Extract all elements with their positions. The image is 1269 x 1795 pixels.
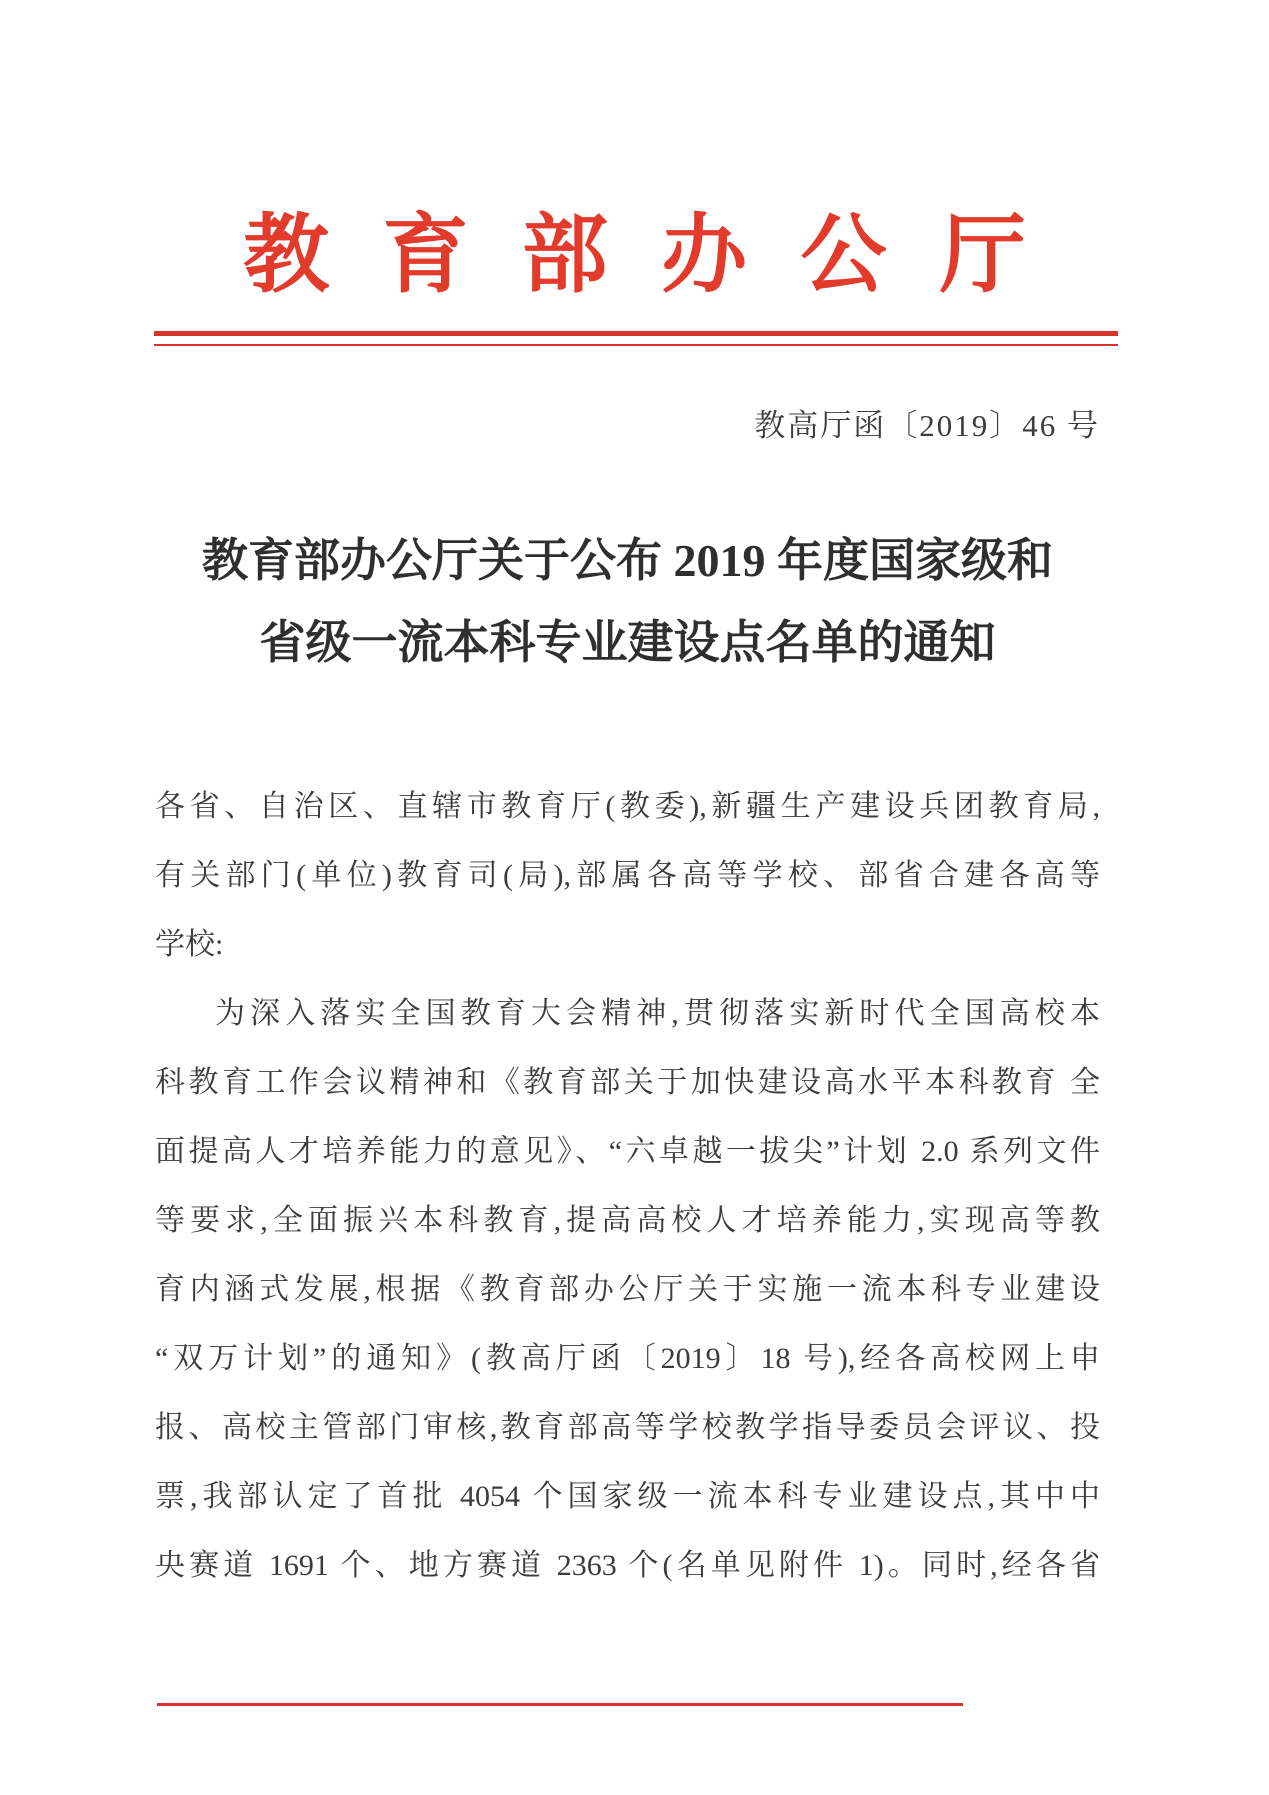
body-line-paragraph-7: 报、高校主管部门审核,教育部高等学校教学指导委员会评议、投 (155, 1393, 1100, 1462)
body-line-paragraph-4: 等要求,全面振兴本科教育,提高高校人才培养能力,实现高等教 (155, 1186, 1100, 1255)
body-line-paragraph-8: 票,我部认定了首批 4054 个国家级一流本科专业建设点,其中中 (155, 1462, 1100, 1531)
notice-title-line-2: 省级一流本科专业建设点名单的通知 (155, 602, 1100, 684)
body-line-paragraph-9: 央赛道 1691 个、地方赛道 2363 个(名单见附件 1)。同时,经各省 (155, 1531, 1100, 1600)
notice-title-line-1: 教育部办公厅关于公布 2019 年度国家级和 (155, 520, 1100, 602)
body-line-addressees-1: 各省、自治区、直辖市教育厅(教委),新疆生产建设兵团教育局, (155, 772, 1100, 841)
body-line-paragraph-6: “双万计划”的通知》(教高厅函〔2019〕18 号),经各高校网上申 (155, 1324, 1100, 1393)
document-page: 教育部办公厅 教高厅函〔2019〕46 号 教育部办公厅关于公布 2019 年度… (0, 0, 1269, 1795)
body-line-paragraph-5: 育内涵式发展,根据《教育部办公厅关于实施一流本科专业建设 (155, 1255, 1100, 1324)
body-line-paragraph-3: 面提高人才培养能力的意见》、“六卓越一拔尖”计划 2.0 系列文件 (155, 1117, 1100, 1186)
letterhead-title: 教育部办公厅 (0, 200, 1269, 310)
body-line-paragraph-2: 科教育工作会议精神和《教育部关于加快建设高水平本科教育 全 (155, 1048, 1100, 1117)
document-reference-number: 教高厅函〔2019〕46 号 (754, 400, 1100, 445)
body-line-addressees-3: 学校: (155, 910, 1100, 979)
letterhead-separator-double-rule (154, 331, 1118, 346)
body-line-addressees-2: 有关部门(单位)教育司(局),部属各高等学校、部省合建各高等 (155, 841, 1100, 910)
body-line-paragraph-1: 为深入落实全国教育大会精神,贯彻落实新时代全国高校本 (155, 979, 1100, 1048)
page-footer-rule (157, 1703, 963, 1706)
notice-body: 各省、自治区、直辖市教育厅(教委),新疆生产建设兵团教育局, 有关部门(单位)教… (155, 772, 1100, 1600)
notice-title: 教育部办公厅关于公布 2019 年度国家级和 省级一流本科专业建设点名单的通知 (155, 520, 1100, 684)
